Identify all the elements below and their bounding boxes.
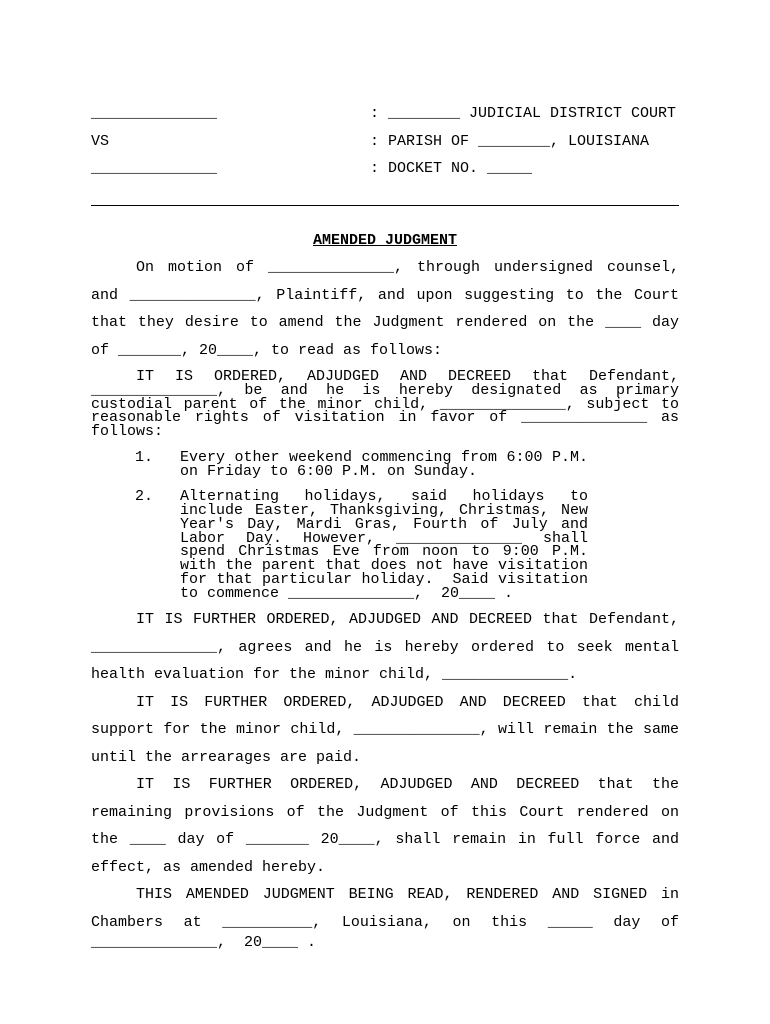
signature-date-line: ______________, 20____ . [91, 934, 316, 951]
paragraph-mental-health: IT IS FURTHER ORDERED, ADJUDGED AND DECR… [91, 606, 679, 689]
item-text: Every other weekend commencing from 6:00… [180, 451, 588, 479]
item-text: Alternating holidays, said holidays to i… [180, 490, 588, 600]
document-title: AMENDED JUDGMENT [91, 227, 679, 255]
signature-text: THIS AMENDED JUDGMENT BEING READ, RENDER… [91, 886, 679, 931]
caption-row-plaintiff: ______________ : ________ JUDICIAL DISTR… [91, 100, 679, 128]
defendant-name-blank: ______________ [91, 155, 370, 183]
paragraph-remaining-provisions: IT IS FURTHER ORDERED, ADJUDGED AND DECR… [91, 771, 679, 881]
plaintiff-name-blank: ______________ [91, 100, 370, 128]
caption-divider [91, 205, 679, 206]
paragraph-child-support: IT IS FURTHER ORDERED, ADJUDGED AND DECR… [91, 689, 679, 772]
item-number: 1. [91, 451, 180, 479]
caption-row-vs: VS : PARISH OF ________, LOUISIANA [91, 128, 679, 156]
vs-label: VS [91, 128, 370, 156]
parish-line: : PARISH OF ________, LOUISIANA [370, 128, 649, 156]
case-caption: ______________ : ________ JUDICIAL DISTR… [91, 100, 679, 183]
list-item-weekend-visitation: 1. Every other weekend commencing from 6… [91, 451, 679, 479]
paragraph-custody-order: IT IS ORDERED, ADJUDGED AND DECREED that… [91, 370, 679, 439]
list-item-alternating-holidays: 2. Alternating holidays, said holidays t… [91, 490, 679, 600]
docket-number-line: : DOCKET NO. _____ [370, 155, 532, 183]
item-number: 2. [91, 490, 180, 600]
document-page: ______________ : ________ JUDICIAL DISTR… [0, 0, 770, 1024]
caption-row-defendant: ______________ : DOCKET NO. _____ [91, 155, 679, 183]
paragraph-motion: On motion of ______________, through und… [91, 254, 679, 364]
judicial-district-court-line: : ________ JUDICIAL DISTRICT COURT [370, 100, 676, 128]
paragraph-signature: THIS AMENDED JUDGMENT BEING READ, RENDER… [91, 881, 679, 950]
